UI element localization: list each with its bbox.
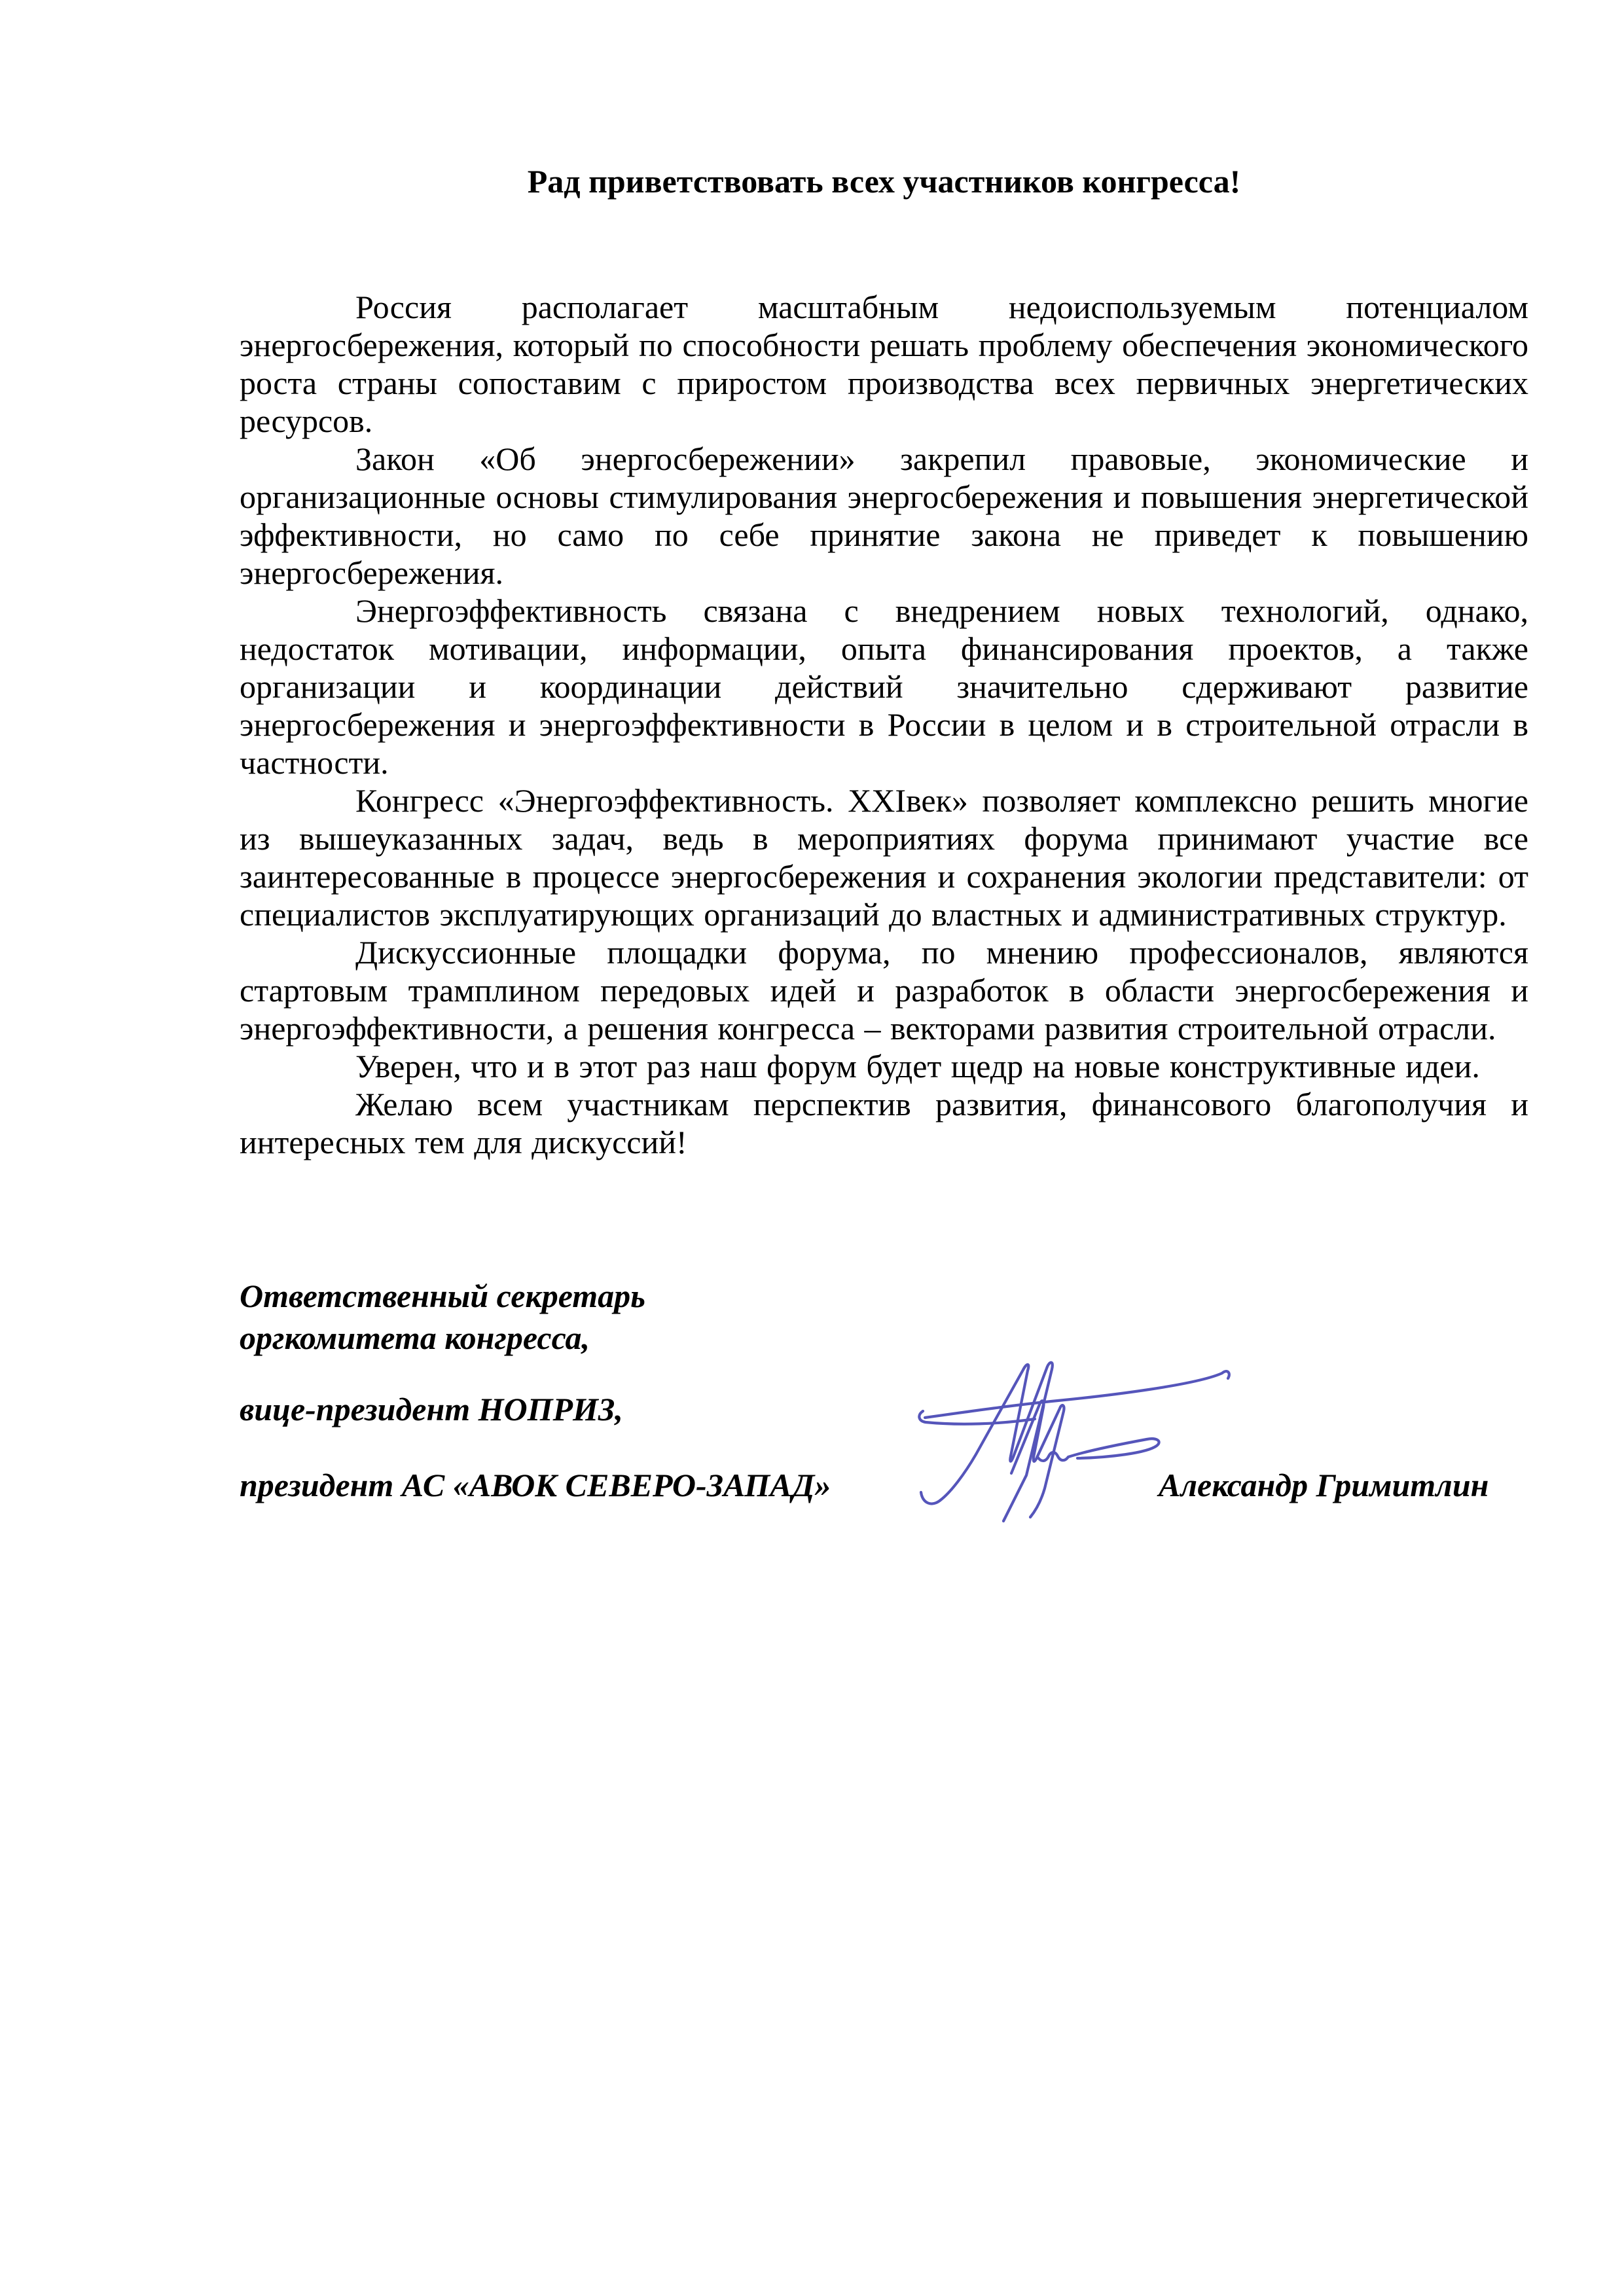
paragraph: Закон «Об энергосбережении» закрепил пра… xyxy=(240,440,1528,592)
letter-title: Рад приветствовать всех участников конгр… xyxy=(240,162,1528,200)
letter-body: Россия располагает масштабным недоисполь… xyxy=(240,288,1528,1161)
paragraph: Дискуссионные площадки форума, по мнению… xyxy=(240,933,1528,1047)
signatory-name: Александр Гримитлин xyxy=(1159,1466,1489,1504)
paragraph: Энергоэффективность связана с внедрением… xyxy=(240,592,1528,781)
paragraph: Желаю всем участникам перспектив развити… xyxy=(240,1085,1528,1161)
signoff-role-secretary: Ответственный секретарь xyxy=(240,1277,645,1315)
signoff-role-president: президент АС «АВОК СЕВЕРО-ЗАПАД» xyxy=(240,1466,831,1504)
paragraph: Уверен, что и в этот раз наш форум будет… xyxy=(240,1047,1528,1085)
letter-page: Рад приветствовать всех участников конгр… xyxy=(0,0,1624,2296)
signoff-role-vicepresident: вице-президент НОПРИЗ, xyxy=(240,1390,623,1428)
signoff-role-orgcommittee: оргкомитета конгресса, xyxy=(240,1319,590,1357)
handwritten-signature-icon xyxy=(913,1345,1280,1561)
paragraph: Конгресс «Энергоэффективность. XXIвек» п… xyxy=(240,781,1528,933)
paragraph: Россия располагает масштабным недоисполь… xyxy=(240,288,1528,440)
